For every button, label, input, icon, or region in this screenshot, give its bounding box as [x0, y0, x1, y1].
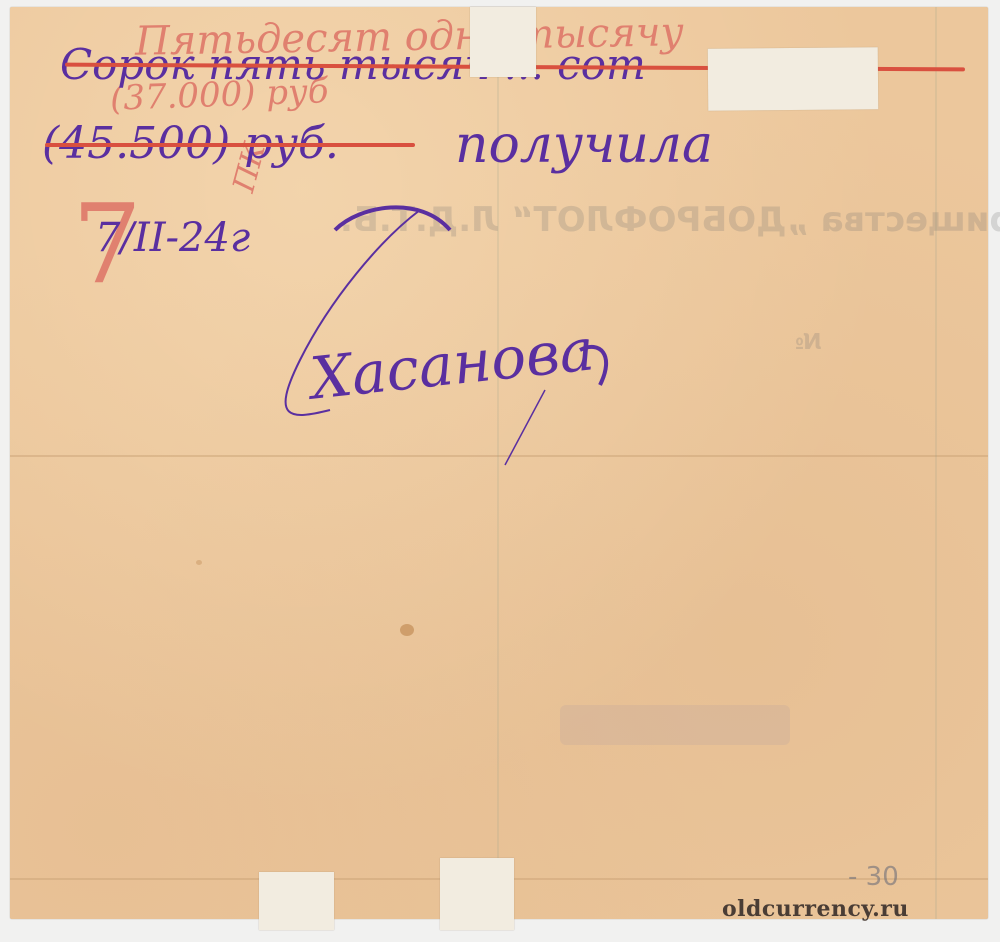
watermark: oldcurrency.ru [722, 896, 909, 922]
paper-tape-bottom-right [440, 858, 514, 930]
signature-flourish [0, 0, 1000, 942]
paper-tape-bottom-left [259, 872, 334, 930]
paper-tape-top-right [708, 47, 879, 110]
paper-tape-top-left [470, 7, 536, 77]
pencil-note: - 30 [848, 862, 899, 892]
